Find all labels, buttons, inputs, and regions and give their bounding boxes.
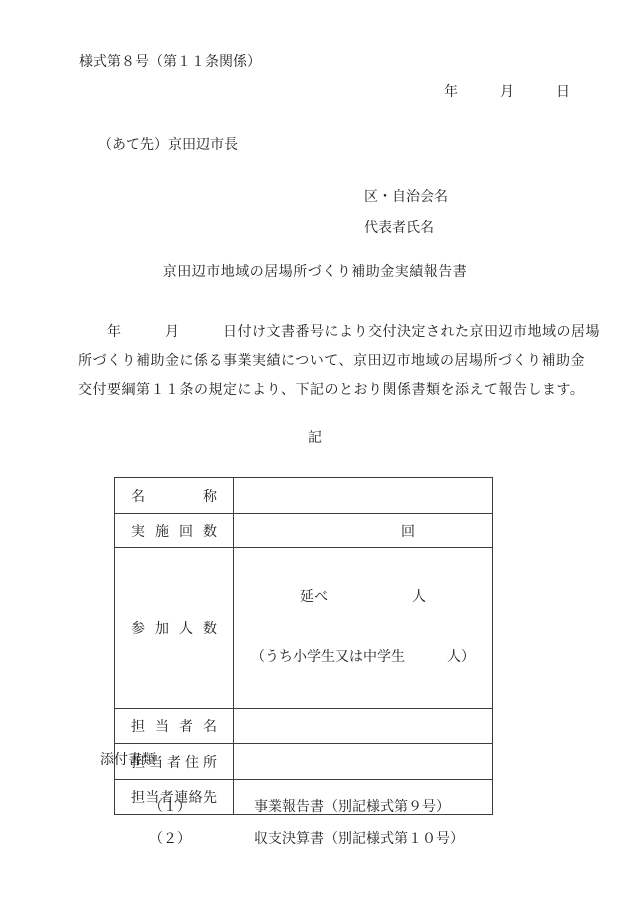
table-row-person-address: 担当者住所 [115,744,493,780]
attachments-heading: 添付書類 [100,749,156,769]
table-row-name: 名称 [115,478,493,514]
name-value-cell [234,478,493,514]
row-label: 参加人数 [115,618,233,638]
document-page: 様式第８号（第１１条関係） 年 月 日 （あて先）京田辺市長 区・自治会名 代表… [0,0,630,903]
representative-label: 代表者氏名 [364,217,434,237]
participants-value-cell: 延べ 人 （うち小学生又は中学生 人） [234,548,493,709]
attachment-label: 収支決算書（別記様式第１０号） [254,832,464,847]
row-label-cell: 名称 [115,478,234,514]
row-label-cell: 担当者名 [115,709,234,744]
row-label-cell: 参加人数 [115,548,234,709]
attachment-number: （２） [149,828,254,848]
org-name-label: 区・自治会名 [364,186,448,206]
row-label: 実施回数 [115,521,233,541]
record-mark: 記 [0,427,630,447]
participants-total-line: 延べ 人 [234,588,492,608]
addressee-line: （あて先）京田辺市長 [98,134,238,154]
table-row-participants: 参加人数 延べ 人 （うち小学生又は中学生 人） [115,548,493,709]
form-number: 様式第８号（第１１条関係） [79,51,261,71]
report-table: 名称 実施回数 回 参加人数 延べ 人 （うち小学生又は中学生 人） [114,477,493,815]
count-value-cell: 回 [234,514,493,548]
person-address-value-cell [234,744,493,780]
row-label-cell: 実施回数 [115,514,234,548]
participants-students-line: （うち小学生又は中学生 人） [234,648,492,668]
body-paragraph: 年 月 日付け文書番号により交付決定された京田辺市地域の居場 所づくり補助金に係… [78,318,570,405]
person-name-value-cell [234,709,493,744]
body-line: 所づくり補助金に係る事業実績について、京田辺市地域の居場所づくり補助金 [78,347,570,376]
document-title: 京田辺市地域の居場所づくり補助金実績報告書 [0,261,630,281]
body-line: 交付要綱第１１条の規定により、下記のとおり関係書類を添えて報告します。 [78,376,570,405]
table-row-person-name: 担当者名 [115,709,493,744]
attachment-item: （２）収支決算書（別記様式第１０号） [135,812,464,864]
count-unit: 回 [234,521,492,541]
body-line: 年 月 日付け文書番号により交付決定された京田辺市地域の居場 [78,318,570,347]
date-line: 年 月 日 [444,81,570,101]
table-row-count: 実施回数 回 [115,514,493,548]
row-label: 名称 [115,486,233,506]
row-label: 担当者名 [115,716,233,736]
